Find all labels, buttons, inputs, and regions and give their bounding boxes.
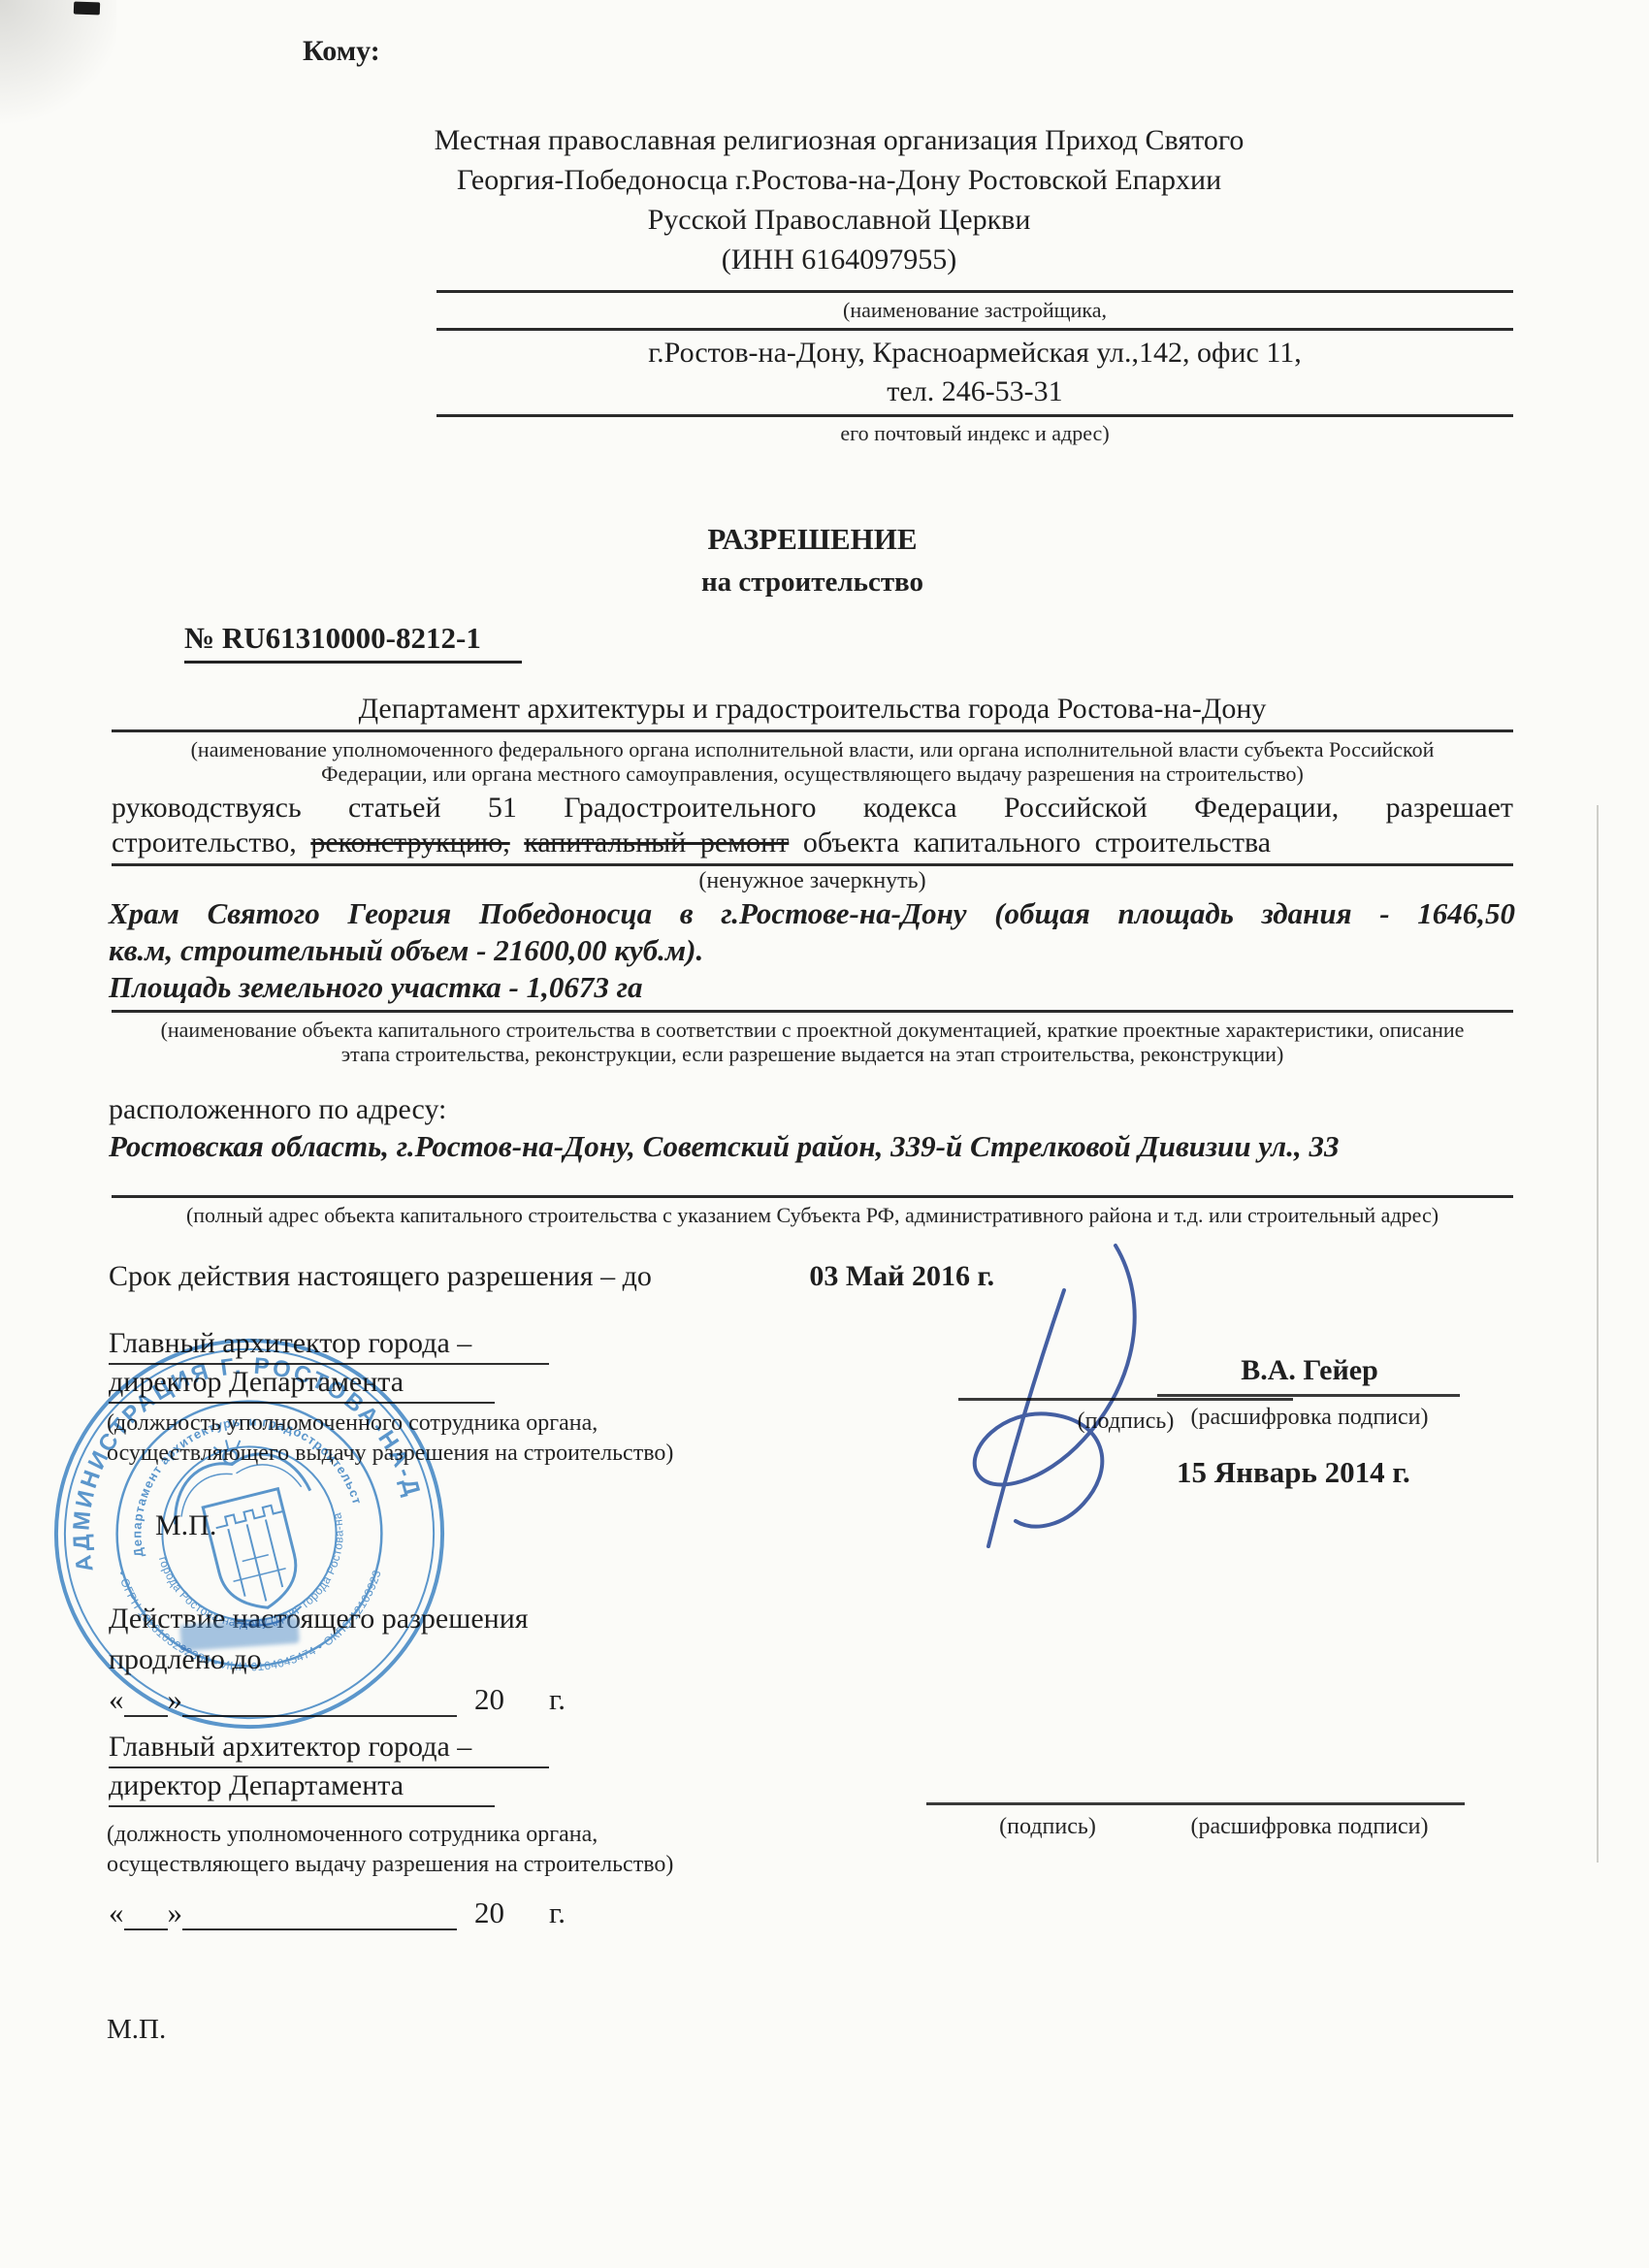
scan-corner-mark	[74, 2, 100, 16]
signature-graphic	[917, 1234, 1198, 1554]
svg-text:АДМИНИСТРАЦИЯ Г. РОСТОВА-НА-ДО: АДМИНИСТРАЦИЯ Г. РОСТОВА-НА-ДОНУ	[4, 1288, 427, 1591]
object-description-line2: кв.м, строительный объем - 21600,00 куб.…	[109, 933, 1515, 968]
developer-name-block: Местная православная религиозная организ…	[276, 120, 1402, 279]
signer2-name-caption: (расшифровка подписи)	[1154, 1814, 1465, 1840]
location-caption: (полный адрес объекта капитального строи…	[112, 1203, 1513, 1228]
developer-inn-line: (ИНН 6164097955)	[276, 240, 1402, 279]
document-title-line1: РАЗРЕШЕНИЕ	[112, 518, 1513, 561]
authority-name: Департамент архитектуры и градостроитель…	[112, 693, 1513, 726]
validity-row: Срок действия настоящего разрешения – до…	[109, 1260, 994, 1293]
separator-line	[436, 414, 1513, 417]
position2-caption-block: (должность уполномоченного сотрудника ор…	[107, 1820, 673, 1880]
scan-edge-line	[1597, 805, 1599, 1863]
separator-line	[112, 729, 1513, 732]
stamp-outer-text: АДМИНИСТРАЦИЯ Г. РОСТОВА-НА-ДОНУ	[4, 1288, 427, 1591]
signature-ink	[917, 1234, 1198, 1554]
signer-name-line	[1157, 1394, 1460, 1397]
signature2-line	[926, 1802, 1169, 1805]
grant-intro: руководствуясь статьей 51 Градостроитель…	[112, 792, 1513, 825]
scan-corner-shade	[0, 0, 116, 136]
developer-address-caption: его почтовый индекс и адрес)	[436, 421, 1513, 446]
month-blank	[182, 1899, 457, 1930]
separator-line	[436, 328, 1513, 331]
issue-date: 15 Январь 2014 г.	[1177, 1455, 1410, 1490]
addressee-label: Кому:	[303, 35, 380, 68]
stamp-coat-of-arms	[158, 1423, 339, 1640]
strike-caption: (ненужное зачеркнуть)	[112, 868, 1513, 894]
object-caption: (наименование объекта капитального строи…	[112, 1018, 1513, 1066]
authority-caption: (наименование уполномоченного федерально…	[112, 737, 1513, 786]
signer2-name-line	[1154, 1802, 1465, 1805]
extension2-date-blank: «»20г.	[109, 1895, 566, 1930]
developer-name-caption: (наименование застройщика,	[436, 298, 1513, 323]
object-land-area-line: Площадь земельного участка - 1,0673 га	[109, 970, 1515, 1005]
work-type-tail: объекта капитального строительства	[803, 826, 1271, 859]
work-type-construction: строительство,	[112, 826, 297, 859]
developer-name-line: Георгия-Победоносца г.Ростова-на-Дону Ро…	[276, 160, 1402, 200]
separator-line	[436, 290, 1513, 293]
location-label: расположенного по адресу:	[109, 1093, 446, 1126]
signer-name: В.А. Гейер	[1159, 1354, 1460, 1387]
developer-address-block: г.Ростов-на-Дону, Красноармейская ул.,14…	[436, 334, 1513, 411]
scanned-permit-document: Кому: Местная православная религиозная о…	[0, 0, 1649, 2268]
permit-number: № RU61310000-8212-1	[184, 621, 522, 664]
developer-name-line: Русской Православной Церкви	[276, 200, 1402, 240]
work-type-reconstruction-struck: реконструкцию,	[310, 826, 509, 859]
document-title-line2: на строительство	[112, 561, 1513, 603]
developer-phone-line: тел. 246-53-31	[436, 373, 1513, 411]
validity-label: Срок действия настоящего разрешения – до	[109, 1260, 652, 1292]
document-title: РАЗРЕШЕНИЕ на строительство	[112, 518, 1513, 603]
work-type-line: строительство, реконструкцию, капитальны…	[112, 826, 1513, 866]
developer-name-line: Местная православная религиозная организ…	[276, 120, 1402, 160]
object-description-line1: Храм Святого Георгия Победоносца в г.Рос…	[109, 896, 1515, 931]
seal-place-label2: М.П.	[107, 2014, 166, 2046]
signature2-caption: (подпись)	[907, 1814, 1188, 1840]
day-blank	[124, 1899, 168, 1930]
separator-line	[112, 1195, 1513, 1198]
work-type-repair-struck: капитальный ремонт	[524, 826, 789, 859]
official-position2-line2: директор Департамента	[109, 1769, 495, 1807]
location-address: Ростовская область, г.Ростов-на-Дону, Со…	[109, 1129, 1515, 1164]
developer-address-line: г.Ростов-на-Дону, Красноармейская ул.,14…	[436, 334, 1513, 373]
separator-line	[112, 1010, 1513, 1013]
